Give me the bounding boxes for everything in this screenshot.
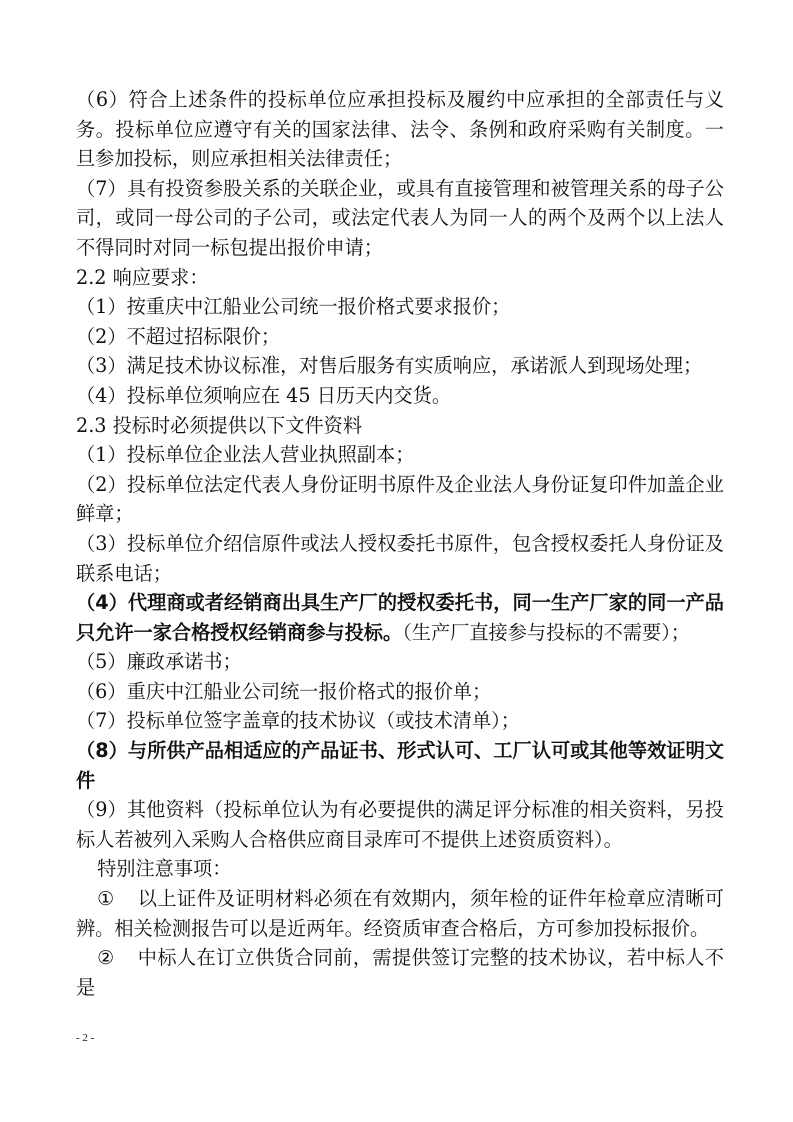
document-item-1: （1）投标单位企业法人营业执照副本；	[76, 440, 724, 470]
paragraph-item-7: （7）具有投资参股关系的关联企业，或具有直接管理和被管理关系的母子公司，或同一母…	[76, 174, 724, 263]
section-heading-2-3: 2.3 投标时必须提供以下文件资料	[76, 411, 724, 441]
document-item-4-note: （生产厂直接参与投标的不需要）；	[402, 621, 690, 644]
paragraph-item-6: （6）符合上述条件的投标单位应承担投标及履约中应承担的全部责任与义务。投标单位应…	[76, 85, 724, 174]
response-item-3: （3）满足技术协议标准，对售后服务有实质响应，承诺派人到现场处理；	[76, 351, 724, 381]
response-item-2: （2）不超过招标限价；	[76, 322, 724, 352]
document-item-4: （4）代理商或者经销商出具生产厂的授权委托书，同一生产厂家的同一产品只允许一家合…	[76, 588, 724, 647]
response-item-4: （4）投标单位须响应在 45 日历天内交货。	[76, 381, 724, 411]
document-item-8: （8）与所供产品相适应的产品证书、形式认可、工厂认可或其他等效证明文件	[76, 736, 724, 795]
document-item-6: （6）重庆中江船业公司统一报价格式的报价单；	[76, 677, 724, 707]
note-text-1: 以上证件及证明材料必须在有效期内，须年检的证件年检章应清晰可辨。相关检测报告可以…	[76, 887, 724, 940]
note-marker-2: ②	[97, 943, 137, 973]
response-item-1: （1）按重庆中江船业公司统一报价格式要求报价；	[76, 292, 724, 322]
note-item-2: ②中标人在订立供货合同前，需提供签订完整的技术协议，若中标人不是	[76, 943, 724, 1002]
note-marker-1: ①	[97, 884, 137, 914]
document-body: （6）符合上述条件的投标单位应承担投标及履约中应承担的全部责任与义务。投标单位应…	[76, 85, 724, 1002]
document-item-9: （9）其他资料（投标单位认为有必要提供的满足评分标准的相关资料，另投标人若被列入…	[76, 795, 724, 854]
notes-heading: 特别注意事项：	[76, 854, 724, 884]
note-item-1: ①以上证件及证明材料必须在有效期内，须年检的证件年检章应清晰可辨。相关检测报告可…	[76, 884, 724, 943]
note-text-2: 中标人在订立供货合同前，需提供签订完整的技术协议，若中标人不是	[76, 946, 724, 999]
section-heading-2-2: 2.2 响应要求：	[76, 263, 724, 293]
document-item-3: （3）投标单位介绍信原件或法人授权委托书原件，包含授权委托人身份证及联系电话；	[76, 529, 724, 588]
document-item-5: （5）廉政承诺书；	[76, 647, 724, 677]
page-number: - 2 -	[76, 1032, 94, 1044]
document-item-2: （2）投标单位法定代表人身份证明书原件及企业法人身份证复印件加盖企业鲜章；	[76, 470, 724, 529]
document-item-7: （7）投标单位签字盖章的技术协议（或技术清单）；	[76, 706, 724, 736]
document-page: （6）符合上述条件的投标单位应承担投标及履约中应承担的全部责任与义务。投标单位应…	[0, 0, 793, 1122]
